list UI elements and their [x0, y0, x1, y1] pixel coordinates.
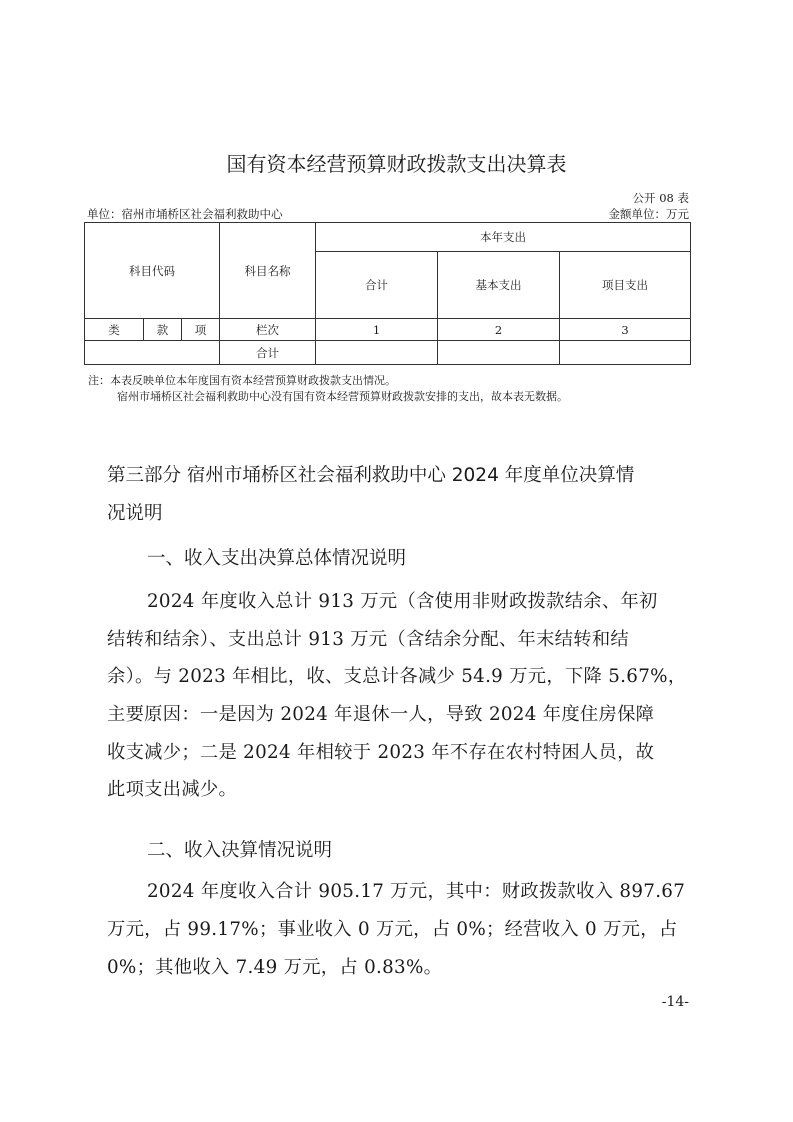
total-value-2	[438, 341, 560, 365]
section-2-line: 2024 年度收入合计 905.17 万元，其中：财政拨款收入 897.67	[147, 877, 685, 903]
index-col-1: 1	[316, 319, 438, 341]
part-title-continued: 况说明	[107, 499, 163, 525]
total-value-1	[316, 341, 438, 365]
document-title: 国有资本经营预算财政拨款支出决算表	[0, 148, 793, 177]
section-1-line: 主要原因：一是因为 2024 年退休一人，导致 2024 年度住房保障	[107, 700, 654, 726]
total-value-3	[560, 341, 691, 365]
index-name: 栏次	[220, 319, 316, 341]
header-current-year-expenditure: 本年支出	[316, 223, 691, 252]
index-category: 类	[85, 319, 144, 341]
section-1-line: 结转和结余）、支出总计 913 万元（含结余分配、年末结转和结	[107, 625, 629, 651]
index-item: 项	[182, 319, 220, 341]
total-label: 合计	[220, 341, 316, 365]
section-1-line: 余）。与 2023 年相比，收、支总计各减少 54.9 万元，下降 5.67%，	[107, 662, 686, 688]
section-1-heading: 一、收入支出决算总体情况说明	[147, 544, 406, 570]
section-2-heading: 二、收入决算情况说明	[147, 836, 332, 862]
part-title: 第三部分 宿州市埇桥区社会福利救助中心 2024 年度单位决算情	[107, 461, 634, 487]
header-subject-name: 科目名称	[220, 223, 316, 319]
header-basic-expenditure: 基本支出	[438, 252, 560, 319]
expenditure-table: 科目代码 科目名称 本年支出 合计 基本支出 项目支出 类 款 项 栏次 1 2…	[84, 222, 691, 365]
header-total: 合计	[316, 252, 438, 319]
table-note-2: 宿州市埇桥区社会福利救助中心没有国有资本经营预算财政拨款安排的支出，故本表无数据…	[117, 388, 568, 404]
total-code	[85, 341, 220, 365]
header-project-expenditure: 项目支出	[560, 252, 691, 319]
index-row: 类 款 项 栏次 1 2 3	[85, 319, 691, 341]
section-1-line: 2024 年度收入总计 913 万元（含使用非财政拨款结余、年初	[147, 587, 658, 613]
index-col-2: 2	[438, 319, 560, 341]
page-number: -14-	[662, 994, 689, 1010]
table-code: 公开 08 表	[633, 190, 689, 206]
index-col-3: 3	[560, 319, 691, 341]
section-2-line: 0%；其他收入 7.49 万元，占 0.83%。	[107, 953, 442, 979]
section-1-line: 收支减少；二是 2024 年相较于 2023 年不存在农村特困人员，故	[107, 738, 654, 764]
index-section: 款	[144, 319, 182, 341]
section-1-line: 此项支出减少。	[107, 775, 237, 801]
header-subject-code: 科目代码	[85, 223, 220, 319]
total-row: 合计	[85, 341, 691, 365]
amount-unit: 金额单位：万元	[609, 206, 690, 222]
unit-label: 单位：宿州市埇桥区社会福利救助中心	[87, 206, 283, 222]
table-note-1: 注：本表反映单位本年度国有资本经营预算财政拨款支出情况。	[88, 372, 396, 388]
section-2-line: 万元，占 99.17%；事业收入 0 万元，占 0%；经营收入 0 万元，占	[107, 915, 677, 941]
